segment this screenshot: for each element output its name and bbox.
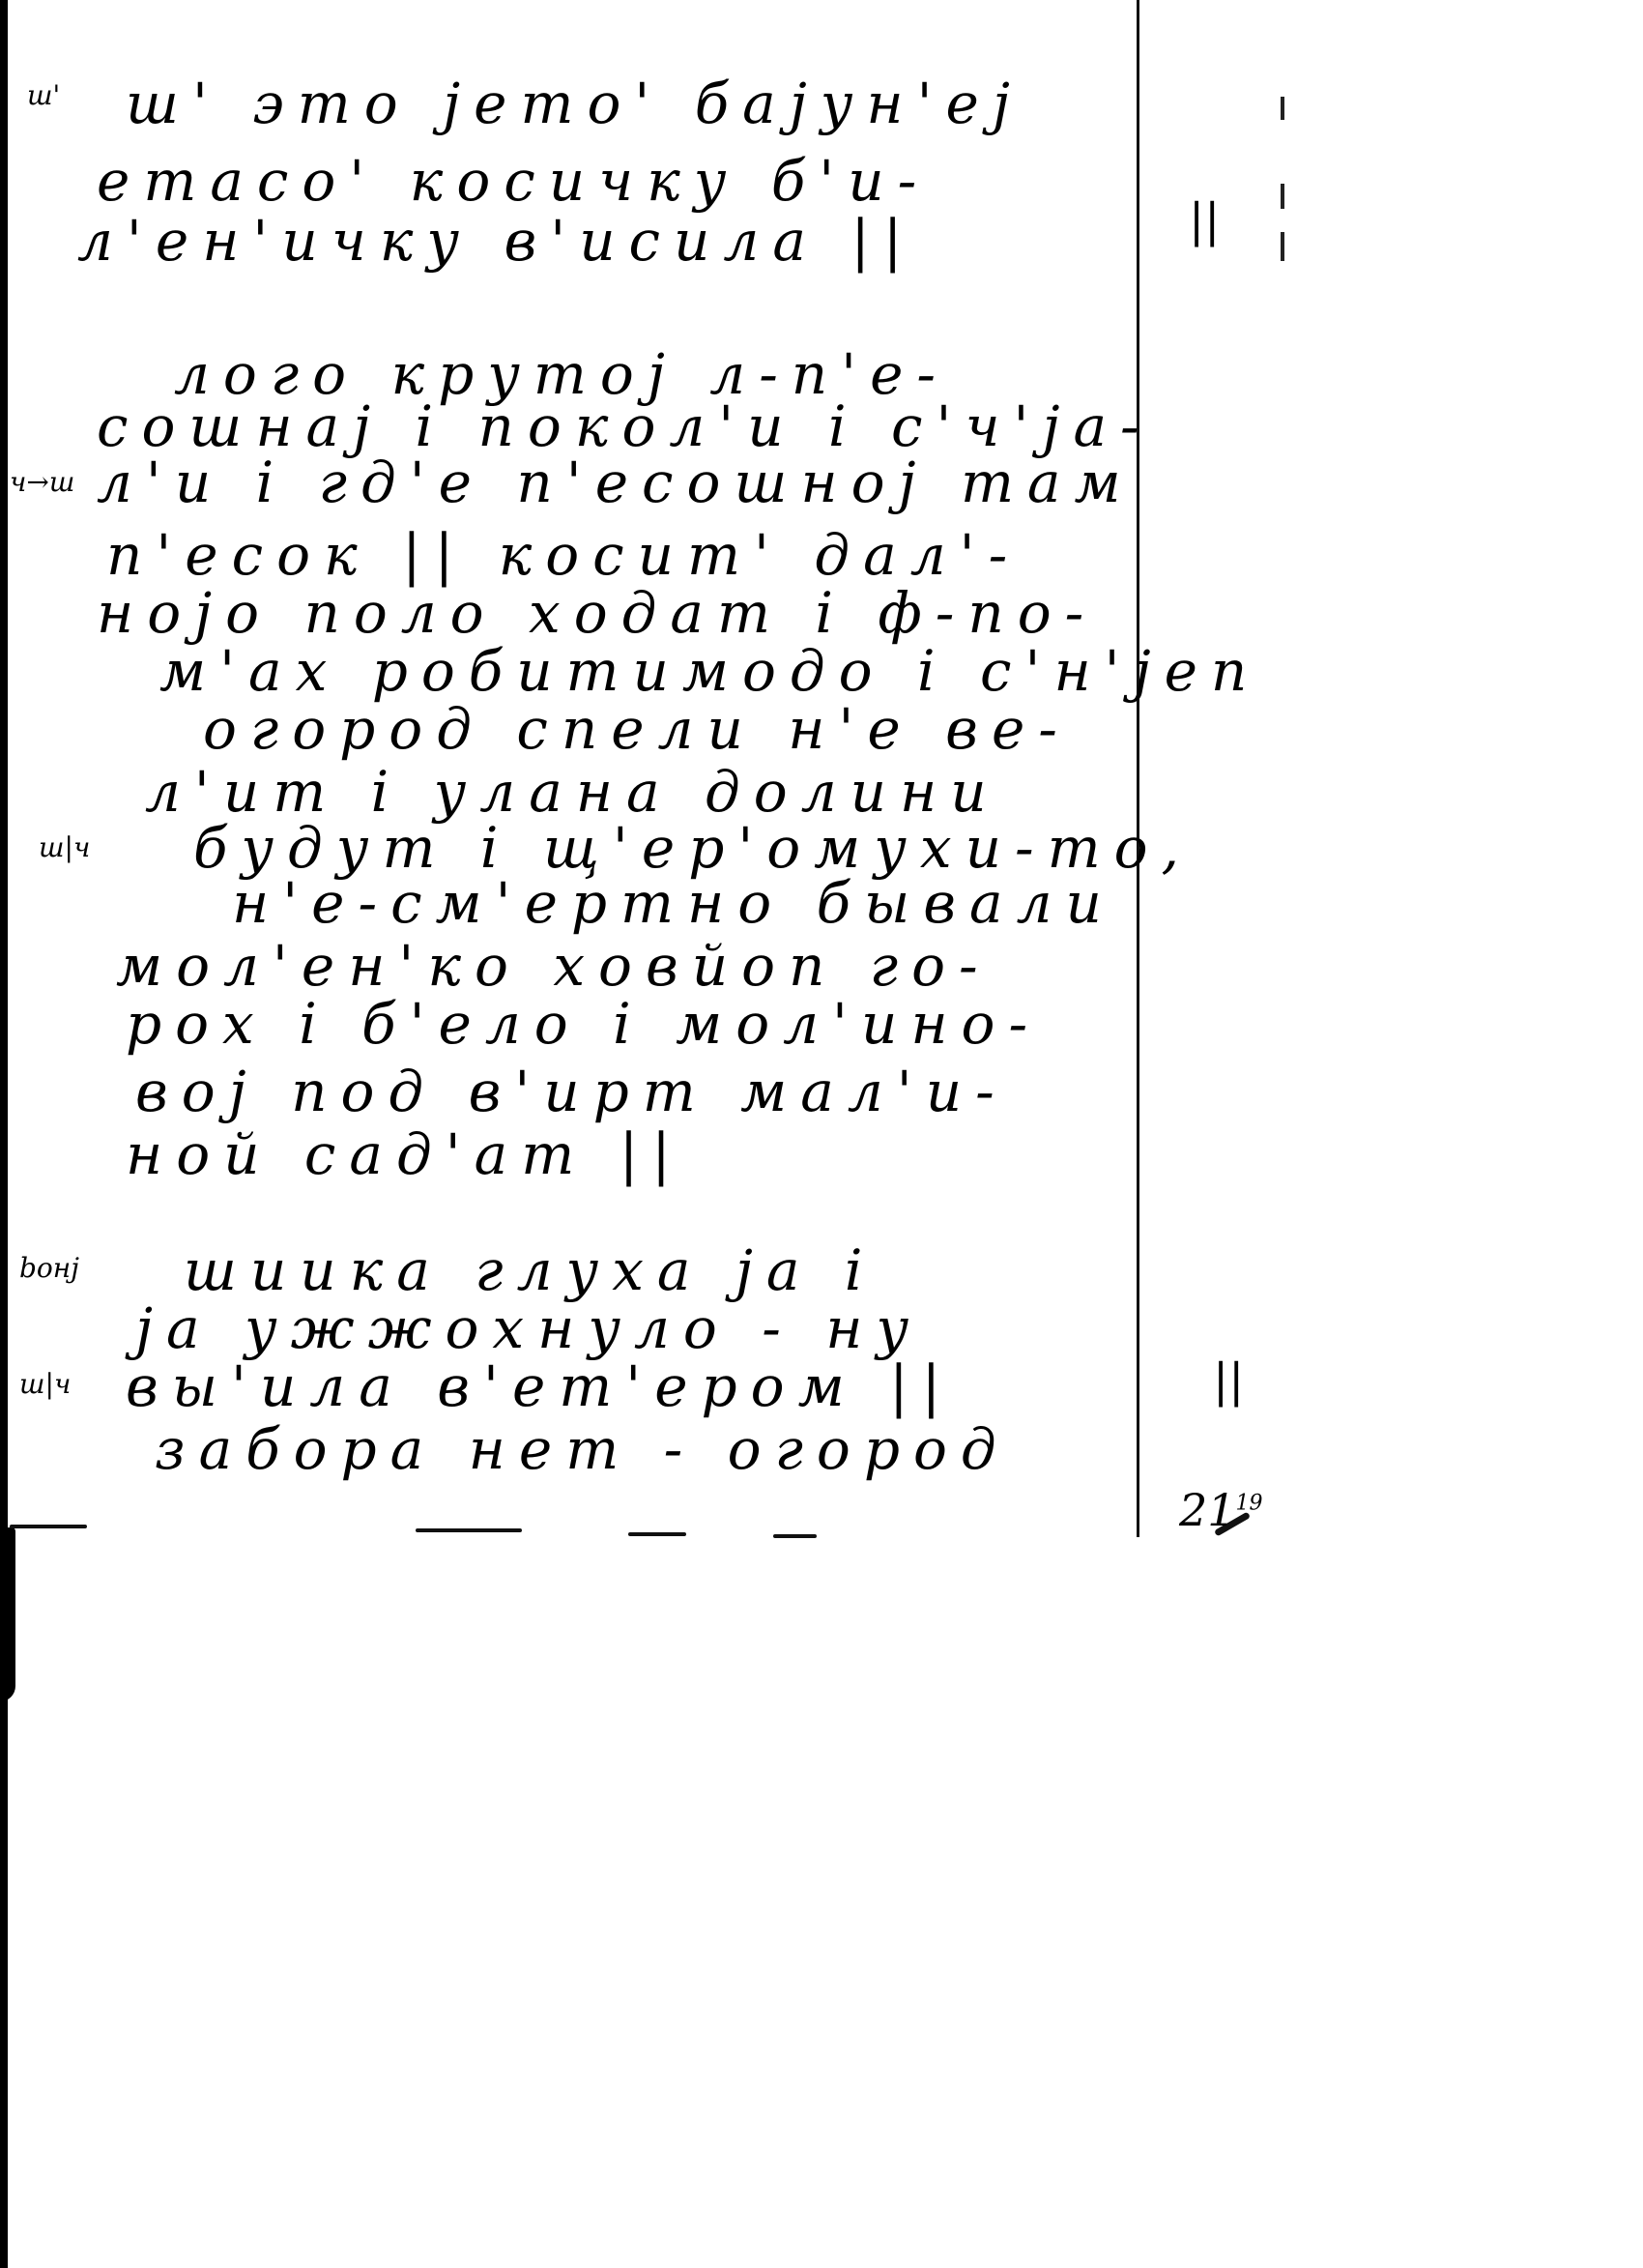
margin-note: boнj — [19, 1252, 79, 1284]
folio-number: 2119 — [1179, 1484, 1263, 1536]
manuscript-line: огород спели н'е ве- — [203, 701, 1071, 757]
manuscript-line: вој под в'ирт мал'и- — [135, 1063, 1008, 1119]
scan-edge-blot — [0, 1527, 15, 1701]
manuscript-line: шиика глуха ја і — [184, 1242, 876, 1298]
manuscript-line: вы'ила в'ет'ером || — [126, 1358, 954, 1414]
right-margin-marks — [1281, 97, 1286, 271]
manuscript-line: ной сад'ат || — [126, 1126, 684, 1182]
smear — [10, 1525, 87, 1528]
end-mark: || — [1213, 1353, 1244, 1408]
smear — [628, 1532, 686, 1536]
end-mark: || — [1189, 193, 1220, 247]
manuscript-line: л'ен'ичку в'исила || — [77, 213, 915, 269]
folio-superscript: 19 — [1236, 1492, 1263, 1516]
margin-tick — [1281, 184, 1284, 209]
manuscript-line: м'ах робитимодо і с'н'јеп — [159, 643, 1260, 699]
manuscript-line: л'и і гд'е п'есошној там — [97, 454, 1135, 510]
margin-note: ш|ч — [39, 831, 90, 863]
margin-rule-line — [1137, 0, 1139, 1537]
manuscript-line: ја ужжохнуло - ну — [135, 1300, 922, 1356]
manuscript-line: будут і щ'ер'омухи-то, — [193, 820, 1193, 876]
manuscript-line: н'е-см'ертно бывали — [232, 875, 1115, 931]
manuscript-line: л'ит і улана долини — [145, 764, 1000, 820]
bottom-scan-smears — [10, 1523, 1266, 1542]
manuscript-page: ш' ш' это јето' бајун'ej етасо' косичку … — [0, 0, 1643, 2268]
manuscript-line: нојо поло ходат і ф-по- — [97, 585, 1097, 641]
manuscript-line: рох і б'ело і мол'ино- — [126, 996, 1041, 1052]
smear — [773, 1534, 817, 1538]
manuscript-line: етасо' косичку б'и- — [97, 153, 930, 209]
margin-note: ш|ч — [19, 1368, 71, 1400]
manuscript-line: п'есок || косит' дал'- — [106, 527, 1021, 583]
margin-tick — [1281, 97, 1284, 120]
manuscript-line: мол'ен'ко ховйоп го- — [116, 938, 992, 994]
smear — [416, 1528, 522, 1532]
folio-main: 21 — [1179, 1484, 1236, 1536]
manuscript-line: забора нет - огород — [155, 1421, 1010, 1477]
scan-edge-shadow — [0, 0, 8, 2268]
manuscript-line: сошнај і покол'и і с'ч'ја- — [97, 398, 1153, 454]
margin-tick — [1281, 232, 1284, 261]
margin-note: ч→ш — [10, 466, 74, 498]
manuscript-line: ш' это јето' бајун'ej — [126, 75, 1023, 131]
margin-note: ш' — [27, 79, 60, 111]
